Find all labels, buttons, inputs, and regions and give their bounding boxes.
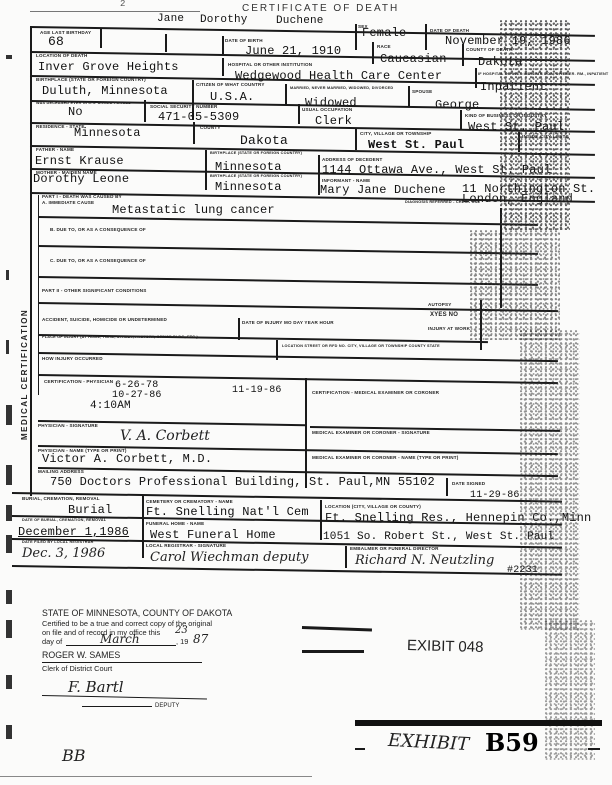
form-rule-vertical	[475, 68, 477, 88]
field-label: City, Village or Township	[360, 131, 432, 136]
form-rule-horizontal	[588, 748, 600, 750]
form-rule-vertical	[222, 36, 224, 54]
attended-to: 11-19-86	[232, 385, 282, 396]
margin-mark	[6, 270, 9, 280]
mother-birthplace: Minnesota	[215, 180, 282, 194]
field-label: Medical Examiner or Coroner - Name (Type…	[312, 455, 458, 460]
field-label: How Injury Occurred	[42, 356, 103, 361]
field-label: Date of Burial, Cremation, Removal	[22, 518, 106, 522]
field-label: Part II - Other Significant Conditions	[42, 288, 147, 293]
margin-mark	[6, 340, 9, 354]
scan-noise	[500, 20, 570, 230]
decedent-middle-name: Dorothy	[200, 14, 248, 26]
form-rule-horizontal	[38, 216, 538, 225]
document-title: CERTIFICATE OF DEATH	[242, 3, 399, 14]
form-rule-horizontal	[42, 662, 202, 663]
field-label: Spouse	[412, 89, 432, 94]
field-label: Citizen of What Country	[196, 82, 265, 87]
disposition-date: December 1,1986	[18, 525, 129, 539]
scan-noise	[545, 620, 595, 760]
clerk-stamp-line1: STATE OF MINNESOTA, COUNTY OF DAKOTA	[42, 608, 232, 618]
form-rule-horizontal	[82, 706, 152, 707]
top-mark: 2	[120, 0, 125, 9]
clerk-name: ROGER W. SAMES	[42, 650, 120, 660]
field-label: Address of Decedent	[322, 157, 382, 162]
form-rule-vertical	[222, 58, 224, 76]
field-label: Mailing Address	[38, 469, 84, 474]
margin-mark	[6, 465, 12, 485]
physician-mailing-address: 750 Doctors Professional Building, St. P…	[50, 475, 435, 489]
form-rule-vertical	[298, 104, 300, 124]
field-label: Certification - Physician	[44, 379, 113, 384]
field-label: County	[200, 125, 221, 130]
social-security-number: 471-05-5309	[158, 110, 239, 124]
birthplace: Duluth, Minnesota	[42, 84, 168, 98]
form-text: , 19	[176, 637, 188, 646]
exhibit-handwritten-number: B59	[485, 728, 539, 757]
field-label: Funeral Home - Name	[146, 521, 204, 526]
physician-name: Victor A. Corbett, M.D.	[42, 452, 212, 466]
residence-state: Minnesota	[74, 126, 141, 140]
margin-mark	[6, 620, 12, 638]
field-label: a. Immediate Cause	[42, 200, 94, 205]
death-certificate-page: 2 CERTIFICATE OF DEATH Jane Dorothy Duch…	[0, 0, 612, 785]
field-label: Cemetery or Crematory - Name	[146, 499, 233, 504]
form-rule-horizontal	[38, 352, 558, 362]
exhibit-handwritten-label: EXHIBIT	[388, 730, 470, 755]
field-label: Was Deceased Ever in U.S. Armed Forces	[36, 101, 131, 105]
spouse-name: George	[435, 98, 479, 112]
field-label: Injury at Work	[428, 326, 470, 331]
field-label: Race	[377, 44, 391, 49]
time-of-death: 4:10AM	[90, 400, 131, 412]
form-rule-horizontal	[30, 11, 200, 12]
margin-mark	[6, 590, 12, 604]
certified-month: March	[100, 632, 140, 646]
date-filed: Dec. 3, 1986	[22, 546, 105, 561]
field-label: Birthplace (State or Foreign Country)	[36, 77, 146, 82]
field-label: Medical Examiner or Coroner - Signature	[312, 430, 430, 435]
informant-name: Mary Jane Duchene	[320, 183, 446, 197]
field-label: Local Registrar - Signature	[146, 543, 226, 548]
field-label: Diagnosis Referred - Check One	[405, 200, 480, 204]
residence-county: Dakota	[240, 133, 288, 148]
father-name: Ernst Krause	[35, 154, 124, 168]
immediate-cause: Metastatic lung cancer	[112, 203, 275, 217]
mother-maiden-name: Dorothy Leone	[33, 172, 129, 186]
form-text: day of	[42, 637, 62, 646]
form-rule-vertical	[345, 546, 347, 568]
initials: BB	[62, 746, 86, 765]
form-rule-horizontal	[302, 650, 364, 653]
field-label: c. Due To, or as a Consequence of	[50, 258, 146, 263]
form-rule-vertical	[372, 42, 374, 64]
field-label: Father - Name	[36, 147, 74, 152]
form-rule-vertical	[100, 28, 102, 48]
field-label: Burial, Cremation, Removal	[22, 496, 100, 501]
clerk-title: Clerk of District Court	[42, 664, 112, 673]
field-label: Date of Injury Mo Day Year Hour	[242, 320, 334, 325]
field-label: Certification - Medical Examiner or Coro…	[312, 390, 439, 395]
field-label: Physician - Signature	[38, 423, 98, 428]
location-of-death: Inver Grove Heights	[38, 60, 179, 74]
field-label: Birthplace (State or Foreign Country)	[210, 151, 302, 155]
scan-noise	[470, 230, 560, 340]
field-label: Autopsy	[428, 302, 452, 307]
physician-signature: V. A. Corbett	[120, 428, 210, 444]
medical-certification-label: MEDICAL CERTIFICATION	[20, 309, 29, 440]
margin-mark	[6, 505, 12, 521]
field-label: Hospital or Other Institution	[228, 62, 312, 67]
decedent-race: Caucasian	[380, 52, 447, 66]
form-rule-vertical	[355, 24, 357, 50]
citizen-of: U.S.A.	[210, 90, 254, 104]
margin-mark	[6, 675, 12, 689]
field-label: Part I - Death Was Caused By	[42, 194, 122, 199]
form-rule-vertical	[446, 478, 448, 496]
form-rule-horizontal	[355, 748, 365, 750]
field-label: Place of Injury (at home, farm, street, …	[42, 335, 198, 339]
certified-year: 87	[193, 632, 208, 646]
autopsy-value: XYes No	[430, 312, 458, 318]
funeral-director-signature: Richard N. Neutzling	[355, 553, 494, 568]
form-rule-horizontal	[38, 245, 538, 254]
form-rule-vertical	[462, 44, 464, 66]
decedent-first-name: Jane	[157, 13, 184, 25]
field-label: b. Due To, or as a Consequence of	[50, 227, 146, 232]
decedent-last-name: Duchene	[276, 15, 324, 27]
field-label: Location Street or RFD No. City, Village…	[282, 344, 440, 348]
form-rule-vertical	[38, 195, 39, 395]
field-label: Date Signed	[452, 481, 485, 486]
form-rule-horizontal	[38, 276, 538, 285]
form-rule-vertical	[193, 122, 195, 144]
deputy-label: DEPUTY	[155, 703, 179, 709]
form-rule-vertical	[285, 84, 287, 104]
field-label: Social Security Number	[150, 104, 218, 109]
field-label: Date Filed by Local Registrar	[22, 540, 94, 544]
field-label: Usual Occupation	[302, 107, 352, 112]
form-rule-horizontal	[42, 695, 207, 699]
field-label: Embalmer or Funeral Director	[350, 546, 439, 551]
field-label: Location of Death	[36, 53, 87, 58]
margin-mark	[6, 55, 12, 59]
margin-mark	[6, 725, 12, 739]
form-rule-vertical	[425, 24, 427, 50]
decedent-age: 68	[48, 34, 64, 49]
field-label: Birthplace (State or Foreign Country)	[210, 174, 302, 178]
form-rule-vertical	[165, 34, 167, 52]
form-rule-horizontal	[355, 720, 602, 726]
form-rule-vertical	[408, 86, 410, 106]
field-label: Accident, Suicide, Homicide or Undetermi…	[42, 317, 167, 322]
form-rule-horizontal	[66, 645, 176, 646]
disposition-method: Burial	[68, 503, 112, 517]
form-rule-vertical	[460, 110, 462, 130]
deputy-signature: F. Bartl	[68, 678, 124, 696]
margin-mark	[6, 405, 12, 425]
field-label: Location (City, Village or County)	[325, 504, 421, 509]
form-rule-vertical	[30, 26, 32, 496]
field-label: Date of Birth	[225, 38, 263, 43]
certified-day: 23	[175, 625, 188, 636]
field-label: Married, Never Married, Widowed, Divorce…	[290, 86, 393, 90]
form-rule-horizontal	[302, 626, 372, 631]
form-rule-vertical	[355, 128, 357, 150]
local-registrar-signature: Carol Wiechman deputy	[150, 550, 309, 565]
armed-forces: No	[68, 105, 83, 119]
form-rule-horizontal	[0, 776, 312, 777]
exhibit-stamp: EXIBIT 048	[407, 637, 484, 656]
form-rule-vertical	[142, 496, 144, 558]
form-rule-vertical	[144, 100, 146, 122]
scan-noise	[520, 330, 580, 630]
